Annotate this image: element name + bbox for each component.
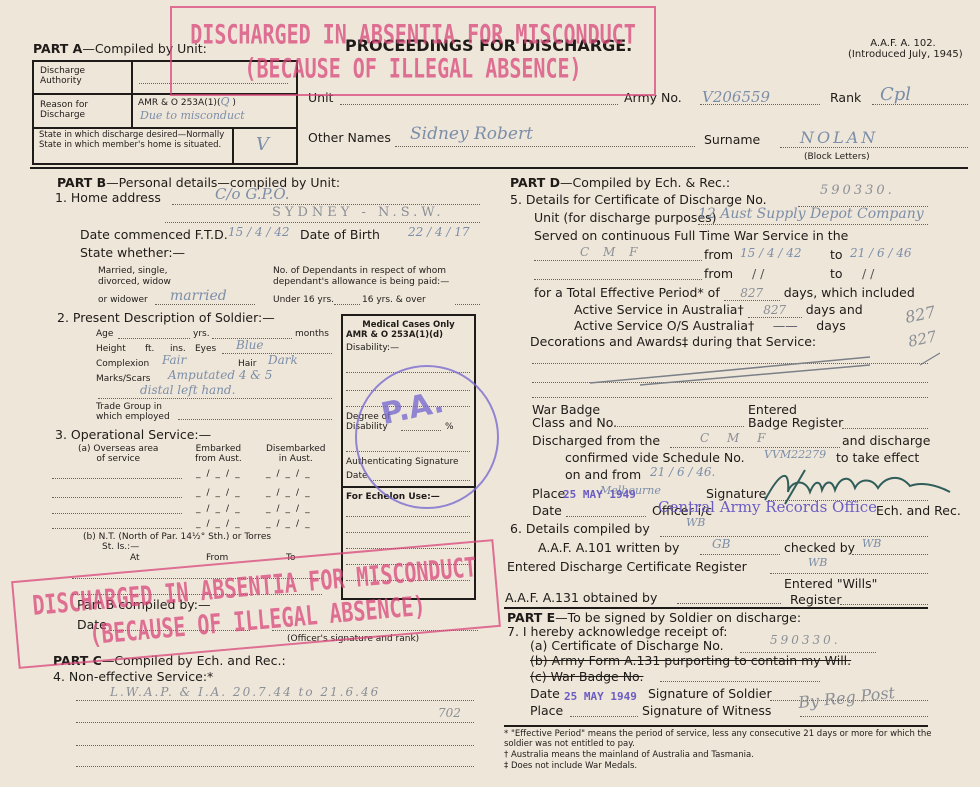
reason-code: Q	[220, 95, 229, 108]
reason-reg: AMR & O 253A(1)(Q )	[138, 97, 236, 108]
pa-stamp-text: P.A.	[378, 385, 447, 432]
embarked-date-field-2[interactable]: _/_/_	[196, 488, 246, 498]
ft-label: ft.	[145, 344, 154, 354]
aaf101-line	[700, 554, 780, 555]
footnote-3: ‡ Does not include War Medals.	[504, 761, 637, 771]
total-post: days, which included	[784, 285, 915, 300]
age-years-field[interactable]	[118, 338, 190, 339]
from-label-2: from	[704, 266, 733, 281]
overseas-header: (a) Overseas areaof service	[78, 444, 158, 464]
on-and-from-value[interactable]: 21 / 6 / 46.	[650, 465, 715, 479]
from-label-1: from	[704, 247, 733, 262]
on-and-from-label: on and from	[565, 467, 641, 482]
wills-label-1: Entered "Wills"	[784, 576, 877, 591]
trade-label-1: Trade Group in	[96, 402, 162, 412]
surname-value[interactable]: NOLAN	[800, 128, 878, 147]
war-badge-field[interactable]	[614, 426, 744, 427]
stamp-top-line1: DISCHARGED IN ABSENTIA FOR MISCONDUCT	[172, 18, 654, 50]
entered-badge-field[interactable]	[842, 428, 928, 429]
discharge-stamp-bottom: DISCHARGED IN ABSENTIA FOR MISCONDUCT (B…	[11, 539, 501, 669]
ack-label: 7. I hereby acknowledge receipt of:	[507, 624, 728, 639]
total-pre: for a Total Effective Period* of	[534, 285, 720, 300]
disembarked-date-field-1[interactable]: _/_/_	[266, 469, 316, 479]
b-label: (b) Army Form A.131 purporting to contai…	[530, 653, 851, 668]
ech-rec-label: Ech. and Rec.	[876, 503, 961, 518]
reason-reg-text: AMR & O 253A(1)(	[138, 98, 220, 108]
nt-label-1: (b) N.T. (North of Par. 14½° Sth.) or To…	[83, 532, 271, 542]
discharged-from-label: Discharged from the	[532, 433, 660, 448]
overseas-area-field-2[interactable]	[52, 497, 182, 498]
non-effective-label: 4. Non-effective Service:*	[53, 669, 213, 684]
disembarked-header: Disembarkedin Aust.	[266, 444, 326, 464]
aaf131-field[interactable]	[677, 603, 781, 604]
sig-soldier-value[interactable]: By Reg Post	[797, 683, 896, 712]
yrs-label: yrs.	[193, 329, 210, 339]
marital-line	[155, 304, 255, 305]
surname-label: Surname	[704, 132, 760, 147]
c-label: (c) War Badge No.	[530, 669, 643, 684]
non-effective-value[interactable]: L.W.A.P. & I.A. 20.7.44 to 21.6.46	[110, 685, 380, 699]
active-aus-days[interactable]: 827	[748, 303, 802, 318]
a-label: (a) Certificate of Discharge No.	[530, 638, 724, 653]
overseas-h1: (a) Overseas area	[78, 444, 158, 454]
nes-line-1	[76, 700, 474, 701]
compiled-label: 6. Details compiled by	[510, 521, 650, 536]
medical-reg: AMR & O 253A(1)(d)	[346, 330, 443, 340]
aaf101-label: A.A.F. A.101 written by	[538, 540, 679, 555]
served-label: Served on continuous Full Time War Servi…	[534, 228, 848, 243]
place-label: Place	[532, 486, 565, 501]
other-names-value[interactable]: Sidney Robert	[410, 124, 533, 144]
age-label: Age	[96, 329, 113, 339]
sig-witness-label: Signature of Witness	[642, 703, 771, 718]
compiled-line	[660, 536, 928, 537]
unit-discharge-value[interactable]: 12 Aust Supply Depot Company	[698, 206, 924, 222]
over16-field[interactable]	[455, 304, 480, 305]
checked-value[interactable]: WB	[862, 537, 881, 550]
part-b-heading: PART B—Personal details—compiled by Unit…	[57, 175, 340, 190]
other-names-label: Other Names	[308, 130, 391, 145]
force-line	[534, 260, 702, 261]
non-effective-days[interactable]: 702	[438, 706, 461, 720]
disembarked-date-field-3[interactable]: _/_/_	[266, 504, 316, 514]
overseas-area-field-1[interactable]	[52, 478, 182, 479]
cert-label: 5. Details for Certificate of Discharge …	[510, 192, 767, 207]
form-code: A.A.F. A. 102. (Introduced July, 1945)	[848, 38, 958, 60]
aaf101-value[interactable]: GB	[712, 537, 730, 551]
overseas-area-field-4[interactable]	[52, 528, 182, 529]
nes-line-2	[76, 722, 474, 723]
block-letters-note: (Block Letters)	[804, 152, 870, 162]
war-badge-l2: Class and No.	[532, 416, 617, 429]
to-label-2: to	[830, 266, 843, 281]
part-e-subtitle: —To be signed by Soldier on discharge:	[555, 610, 801, 625]
footnote-1: * "Effective Period" means the period of…	[504, 729, 934, 749]
schedule-value[interactable]: VVM22279	[764, 448, 826, 461]
embarked-h2: from Aust.	[195, 454, 242, 464]
discharge-authority-label: Discharge Authority	[40, 66, 125, 86]
eyes-label: Eyes	[195, 344, 216, 354]
months-label: months	[295, 329, 329, 339]
stamp-top-line2: (BECAUSE OF ILLEGAL ABSENCE)	[172, 52, 654, 84]
pa-stamp: P.A.	[355, 365, 499, 509]
force-line-2	[534, 279, 702, 280]
marital-label-2: divorced, widow	[98, 277, 171, 287]
home-address-label: 1. Home address	[55, 190, 161, 205]
marital-value[interactable]: married	[170, 288, 227, 304]
form-code-number: A.A.F. A. 102.	[848, 38, 958, 49]
dob-value[interactable]: 22 / 4 / 17	[408, 225, 470, 239]
reason-close: )	[232, 98, 236, 108]
active-os-label: Active Service O/S Australia†	[574, 318, 754, 333]
dependants-label-1: No. of Dependants in respect of whom	[273, 266, 446, 276]
cert-value[interactable]: 590330.	[820, 183, 895, 198]
unit-discharge-label: Unit (for discharge purposes)	[534, 210, 717, 225]
e-date-label: Date	[530, 686, 560, 701]
margin-note-1: 827	[903, 302, 937, 327]
entered-cert-line	[770, 573, 928, 574]
height-label: Height	[96, 344, 126, 354]
disembarked-h2: in Aust.	[266, 454, 326, 464]
checked-line	[852, 554, 928, 555]
reason-value[interactable]: Due to misconduct	[140, 109, 245, 122]
d-date-label: Date	[532, 503, 562, 518]
disembarked-date-field-2[interactable]: _/_/_	[266, 488, 316, 498]
a-value[interactable]: 590330.	[770, 633, 841, 647]
active-aus-label: Active Service in Australia†	[574, 302, 744, 317]
surname-line	[780, 147, 968, 148]
embarked-h1: Embarked	[195, 444, 242, 454]
rank-label: Rank	[830, 90, 861, 105]
echelon-field-1[interactable]	[346, 516, 470, 517]
embarked-header: Embarkedfrom Aust.	[195, 444, 242, 464]
operational-label: 3. Operational Service:—	[55, 427, 211, 442]
compiled-value[interactable]: WB	[686, 516, 705, 529]
nes-line-3	[76, 745, 474, 746]
part-e-heading: PART E—To be signed by Soldier on discha…	[507, 610, 801, 625]
discharged-from-value[interactable]: C M F	[700, 431, 772, 445]
marks-value-1[interactable]: Amputated 4 & 5	[168, 368, 272, 382]
part-b-label: PART B	[57, 175, 106, 190]
marital-label-1: Married, single,	[98, 266, 168, 276]
sig-soldier-label: Signature of Soldier	[648, 686, 772, 701]
divider	[30, 167, 968, 169]
entered-cert-label: Entered Discharge Certificate Register	[507, 559, 747, 574]
entered-cert-value[interactable]: WB	[808, 556, 827, 569]
footnote-2: † Australia means the mainland of Austra…	[504, 750, 754, 760]
wills-register-field[interactable]	[840, 604, 928, 605]
part-d-label: PART D	[510, 175, 560, 190]
marks-value-2[interactable]: distal left hand.	[140, 383, 235, 397]
from-date-1[interactable]: 15 / 4 / 42	[740, 246, 802, 260]
total-label: for a Total Effective Period* of 827 day…	[534, 285, 915, 301]
e-place-label: Place	[530, 703, 563, 718]
home-address-line2[interactable]: SYDNEY - N.S.W.	[272, 205, 445, 220]
state-label: State in which discharge desired—Normall…	[39, 130, 229, 150]
rank-line	[872, 104, 968, 105]
form-introduced: (Introduced July, 1945)	[848, 49, 958, 60]
discharge-stamp-top: DISCHARGED IN ABSENTIA FOR MISCONDUCT (B…	[170, 6, 656, 96]
divider-footnotes	[504, 725, 928, 727]
sig-witness-field[interactable]	[800, 716, 928, 717]
checked-label: checked by	[784, 540, 855, 555]
decorations-field-3[interactable]	[532, 397, 928, 398]
part-d-heading: PART D—Compiled by Ech. & Rec.:	[510, 175, 730, 190]
under16-label: Under 16 yrs.	[273, 295, 334, 305]
nes-line-4	[76, 766, 474, 767]
description-label: 2. Present Description of Soldier:—	[57, 310, 275, 325]
embarked-date-field-1[interactable]: _/_/_	[196, 469, 246, 479]
unit-field[interactable]	[340, 104, 618, 105]
service-force[interactable]: C M F	[580, 245, 642, 259]
records-stamp: Central Army Records Office	[658, 498, 877, 516]
entered-badge-label: EnteredBadge Register	[748, 403, 843, 429]
disability-label: Disability:—	[346, 343, 399, 353]
disembarked-h1: Disembarked	[266, 444, 326, 454]
disembarked-date-field-4[interactable]: _/_/_	[266, 519, 316, 529]
c-field[interactable]	[660, 681, 820, 682]
state-value[interactable]: V	[256, 134, 269, 155]
complexion-label: Complexion	[96, 359, 149, 369]
d-date-field[interactable]	[566, 516, 646, 517]
marital-label-3: or widower	[98, 295, 148, 305]
embarked-date-field-3[interactable]: _/_/_	[196, 504, 246, 514]
part-d-subtitle: —Compiled by Ech. & Rec.:	[560, 175, 730, 190]
state-whether-label: State whether:—	[80, 245, 185, 260]
to-date-2[interactable]: / /	[862, 266, 874, 281]
total-days[interactable]: 827	[724, 286, 780, 301]
under16-field[interactable]	[334, 304, 360, 305]
complexion-value[interactable]: Fair	[162, 353, 186, 367]
echelon-field-2[interactable]	[346, 532, 470, 533]
to-label-1: to	[830, 247, 843, 262]
date-stamp-e: 25 MAY 1949	[564, 690, 637, 703]
ftd-value[interactable]: 15 / 4 / 42	[228, 225, 290, 239]
over16-label: 16 yrs. & over	[362, 295, 426, 305]
part-e-label: PART E	[507, 610, 555, 625]
confirmed-label: confirmed vide Schedule No.	[565, 450, 745, 465]
strike-lines	[580, 345, 940, 390]
marks-line	[98, 398, 332, 399]
unit-discharge-line	[698, 224, 928, 225]
to-date-1[interactable]: 21 / 6 / 46	[850, 246, 912, 260]
medical-title: Medical Cases Only	[343, 320, 474, 330]
embarked-date-field-4[interactable]: _/_/_	[196, 519, 246, 529]
active-os: Active Service O/S Australia† —— days	[574, 318, 846, 333]
hair-value[interactable]: Dark	[268, 353, 298, 367]
other-names-line	[395, 146, 695, 147]
overseas-area-field-3[interactable]	[52, 513, 182, 514]
and-discharge-label: and discharge	[842, 433, 930, 448]
reason-label: Reason for Discharge	[40, 100, 100, 120]
divider-e	[504, 607, 928, 609]
date-stamp-d: 25 MAY 1949	[563, 488, 636, 501]
days-label: days	[816, 318, 846, 333]
e-place-field[interactable]	[570, 716, 638, 717]
trade-field[interactable]	[178, 419, 332, 420]
at-label: At	[130, 553, 140, 563]
wills-label-2: Register	[790, 592, 841, 607]
army-no-line	[700, 104, 820, 105]
from-date-2[interactable]: / /	[752, 266, 764, 281]
ftd-label: Date commenced F.T.D.	[80, 227, 228, 242]
active-aus: Active Service in Australia† 827 days an…	[574, 302, 863, 318]
entered-l2: Badge Register	[748, 416, 843, 429]
dependants-label-2: dependant's allowance is being paid:—	[273, 277, 449, 287]
eyes-value[interactable]: Blue	[236, 338, 264, 352]
overseas-h2: of service	[78, 454, 158, 464]
active-os-days[interactable]: ——	[758, 318, 812, 333]
nt-label-2: St. Is.:—	[102, 542, 139, 552]
dob-label: Date of Birth	[300, 227, 380, 242]
aaf131-label: A.A.F. A.131 obtained by	[505, 590, 657, 605]
days-and: days and	[806, 302, 863, 317]
home-address-line1[interactable]: C/o G.P.O.	[215, 185, 290, 203]
part-a-label: PART A	[33, 41, 82, 56]
trade-label-2: which employed	[96, 412, 170, 422]
war-badge-label: War BadgeClass and No.	[532, 403, 617, 429]
address-line2	[165, 222, 480, 223]
rank-value[interactable]: Cpl	[880, 84, 911, 105]
